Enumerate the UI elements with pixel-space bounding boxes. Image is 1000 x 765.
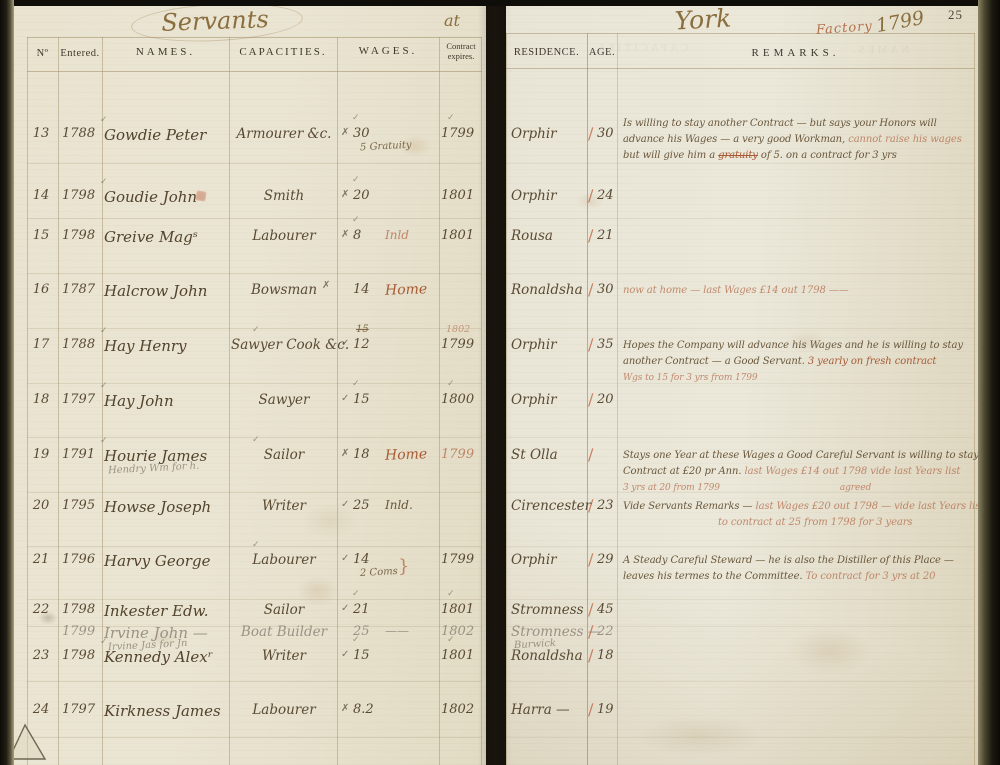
row-age: 20 [597, 392, 614, 407]
row-wages: 8 [353, 228, 361, 243]
remark-segment: 3 yrs at 20 from 1799 [623, 483, 720, 493]
row-residence: Orphir [511, 188, 557, 204]
row-wage-mark: ✓ [341, 338, 349, 349]
row-wage-brace: } [398, 556, 409, 577]
row-wages: 14 [353, 552, 370, 567]
right-page-title: York [647, 2, 758, 37]
row-residence: Rousa [511, 228, 553, 244]
col-header-wages: WAGES. [337, 45, 439, 57]
row-age-slash: ∕ [588, 600, 593, 619]
remark-segment: advance his Wages — a very good Workman, [623, 134, 848, 145]
remark-segment: leaves his termes to the Committee. [623, 571, 806, 582]
row-expires-note: 1802 [446, 324, 470, 335]
row-remarks-line: Contract at £20 pr Ann. last Wages £14 o… [623, 466, 960, 477]
row-residence: Orphir [511, 126, 557, 142]
row-age-slash: ∕ [588, 390, 593, 409]
row-wage-mark: ✓ [341, 499, 349, 510]
remark-segment: now at home — last Wages £14 out 1798 —— [623, 285, 849, 296]
row-wage-mark: ✓ [341, 603, 349, 614]
grid-line [506, 546, 974, 547]
row-age: 23 [597, 498, 614, 513]
grid-line [229, 37, 230, 765]
check-mark: ✓ [352, 589, 360, 599]
check-mark: ✓ [352, 175, 360, 185]
row-capacity: Writer [231, 648, 337, 664]
grid-line [506, 218, 974, 219]
row-no: 20 [28, 498, 54, 513]
row-age-slash: ∕ [588, 496, 593, 515]
check-mark: ✓ [252, 325, 260, 335]
remark-segment: Is willing to stay another Contract — bu… [623, 118, 937, 129]
row-name: Greive Magˢ [104, 228, 198, 246]
grid-line [481, 37, 482, 765]
row-contract-expires: 1799 [441, 126, 474, 141]
book-edge-top [0, 0, 1000, 6]
grid-line [617, 33, 618, 765]
row-contract-expires: 1802 [441, 624, 474, 639]
row-residence: St Olla [511, 447, 558, 463]
remark-segment: gratuity [718, 150, 758, 161]
row-wage-mark: ✗ [341, 127, 349, 138]
row-capacity: Labourer [231, 552, 337, 568]
row-remarks-line: A Steady Careful Steward — he is also th… [623, 555, 954, 566]
row-no: 17 [28, 337, 54, 352]
page-number: 25 [948, 7, 963, 23]
row-remarks-line: to contract at 25 from 1798 for 3 years [623, 517, 912, 528]
grid-line [27, 383, 481, 384]
check-mark: ✓ [352, 113, 360, 123]
row-entered: 1798 [62, 188, 95, 203]
row-wages: 25 [353, 498, 370, 513]
check-mark: ✓ [352, 215, 360, 225]
row-age: 24 [597, 188, 614, 203]
grid-line [506, 33, 507, 765]
row-wages: 15 [353, 648, 370, 663]
row-remarks-line: now at home — last Wages £14 out 1798 —— [623, 285, 849, 296]
row-remarks-line: another Contract — a Good Servant. 3 yea… [623, 356, 936, 367]
row-wage-extra: Inld [385, 228, 409, 242]
row-wage-mark: ✗ [341, 448, 349, 459]
row-entered: 1799 [62, 624, 95, 639]
row-remarks-line: but will give him a gratuity of 5. on a … [623, 150, 897, 161]
check-mark: ✓ [100, 115, 108, 125]
remark-segment: Wgs to 15 for 3 yrs from 1799 [623, 373, 758, 383]
row-age-slash: ∕ [588, 622, 593, 641]
remark-segment: Stays one Year at these Wages a Good Car… [623, 450, 988, 461]
check-mark: ✓ [100, 326, 108, 336]
row-remarks-line: Hopes the Company will advance his Wages… [623, 340, 963, 351]
row-residence: Ronaldsha [511, 282, 583, 298]
row-no: 14 [28, 188, 54, 203]
row-remarks-line: Vide Servants Remarks — last Wages £20 o… [623, 501, 984, 512]
row-capacity: Boat Builder [231, 624, 337, 640]
grid-line [337, 37, 338, 765]
book-edge-left [0, 0, 14, 765]
row-no: 15 [28, 228, 54, 243]
check-mark: ✓ [352, 635, 360, 645]
row-age: 29 [597, 552, 614, 567]
row-contract-expires: 1800 [441, 392, 474, 407]
row-age: 19 [597, 702, 614, 717]
bleedthrough-text: CAPACITIES. [590, 42, 688, 54]
grid-line [27, 71, 482, 72]
row-entered: 1796 [62, 552, 95, 567]
row-residence: Orphir [511, 552, 557, 568]
row-wage-mark: ✓ [341, 393, 349, 404]
row-residence: Cirencester [511, 498, 591, 514]
row-wages: 8.2 [353, 702, 374, 717]
row-wages: 14 [353, 282, 370, 297]
remark-segment: last Wages £14 out 1798 [745, 466, 868, 477]
row-name: Harvy George [104, 552, 210, 570]
grid-line [27, 218, 481, 219]
check-mark: ✓ [252, 435, 260, 445]
row-residence: Orphir [511, 392, 557, 408]
ledger-book: Servants at York Factory 1799 25 Nº Ente… [0, 0, 1000, 765]
row-capacity: Writer [231, 498, 337, 514]
grid-line [974, 33, 975, 765]
row-entered: 1798 [62, 648, 95, 663]
row-wages: 15 [353, 392, 370, 407]
left-page-title: Servants [140, 4, 291, 37]
remark-segment: To contract for 3 yrs at 20 [806, 571, 936, 582]
row-age: 22 [597, 624, 614, 639]
row-entered: 1797 [62, 392, 95, 407]
row-contract-expires: 1799 [441, 337, 474, 352]
row-wages: 20 [353, 188, 370, 203]
row-contract-expires: 1801 [441, 648, 474, 663]
row-age: 18 [597, 648, 614, 663]
row-age-slash: ∕ [588, 335, 593, 354]
remark-segment: Contract at £20 pr Ann. [623, 466, 745, 477]
grid-line [27, 163, 481, 164]
row-age: 30 [597, 126, 614, 141]
col-header-entered: Entered. [58, 48, 102, 59]
grid-line [27, 599, 481, 600]
grid-line [506, 33, 975, 34]
row-entered: 1797 [62, 702, 95, 717]
row-capacity: Sailor [231, 602, 337, 618]
grid-line [439, 37, 440, 765]
row-name: Inkester Edw. [104, 602, 208, 620]
grid-line [102, 37, 103, 765]
row-no: 21 [28, 552, 54, 567]
row-no: 24 [28, 702, 54, 717]
col-header-capacities: CAPACITIES. [229, 46, 337, 58]
row-contract-expires: 1799 [441, 447, 474, 462]
row-capacity: Sailor [231, 447, 337, 463]
remark-segment: Hopes the Company will advance his Wages… [623, 340, 963, 351]
grid-line [506, 681, 974, 682]
row-capacity: Sawyer [231, 392, 337, 408]
check-mark: ✓ [447, 635, 455, 645]
row-entered: 1788 [62, 126, 95, 141]
grid-line [58, 37, 59, 765]
remark-segment: but will give him a [623, 150, 718, 161]
row-age-slash: ∕ [588, 550, 593, 569]
row-capacity: Smith [231, 188, 337, 204]
row-name: Kennedy Alexʳ [104, 648, 213, 666]
row-age-slash: ∕ [588, 646, 593, 665]
remark-segment: Vide Servants Remarks — [623, 501, 756, 512]
remark-segment: of 5. on a contract for 3 yrs [758, 150, 897, 161]
grid-line [506, 328, 974, 329]
remark-segment: 3 yearly on fresh contract [808, 356, 937, 367]
row-contract-expires: 1801 [441, 602, 474, 617]
row-capacity-mark: ✗ [322, 280, 330, 291]
check-mark: ✓ [447, 589, 455, 599]
row-wage-extra: —— [385, 624, 409, 638]
row-wage-mark: ✓ [341, 649, 349, 660]
row-wage-extra: Home [385, 446, 428, 463]
row-no: 19 [28, 447, 54, 462]
row-contract-expires: 1801 [441, 188, 474, 203]
row-entered: 1798 [62, 228, 95, 243]
grid-line [506, 737, 974, 738]
row-remarks-line: Stays one Year at these Wages a Good Car… [623, 450, 988, 461]
title-at: at [444, 11, 460, 30]
check-mark: ✓ [100, 637, 108, 647]
row-capacity: Armourer &c. [231, 126, 337, 142]
grid-line [506, 273, 974, 274]
remark-segment: A Steady Careful Steward — he is also th… [623, 555, 954, 566]
row-no: 16 [28, 282, 54, 297]
book-edge-right [978, 0, 1000, 765]
row-remarks-line: Is willing to stay another Contract — bu… [623, 118, 937, 129]
row-wages: 30 [353, 126, 370, 141]
row-age-slash: ∕ [588, 226, 593, 245]
row-wage-strike: 15 [356, 324, 369, 335]
row-wage-mark: ✓ [341, 553, 349, 564]
row-entered: 1787 [62, 282, 95, 297]
grid-line [27, 681, 481, 682]
row-name: Hay John [104, 392, 174, 410]
row-wage-extra: Inld. [385, 498, 413, 512]
remark-segment: last Wages £20 out 1798 — vide last Year… [756, 501, 985, 512]
row-wage-note: 2 Coms [360, 566, 398, 579]
row-name: Goudie John [104, 188, 197, 206]
check-mark: ✓ [252, 540, 260, 550]
row-wages: 18 [353, 447, 370, 462]
row-no: 13 [28, 126, 54, 141]
row-no: 18 [28, 392, 54, 407]
row-contract-expires: 1801 [441, 228, 474, 243]
row-entered: 1798 [62, 602, 95, 617]
grid-line [27, 273, 481, 274]
row-age-slash: ∕ [588, 186, 593, 205]
row-residence: Ronaldsha [511, 648, 583, 664]
check-mark: ✓ [447, 113, 455, 123]
row-residence: Orphir [511, 337, 557, 353]
red-stamp-mark [195, 190, 206, 201]
col-header-contract-expires: Contract expires. [439, 41, 483, 61]
remark-segment: cannot raise his wages [848, 134, 962, 145]
grid-line [506, 383, 974, 384]
row-age-slash: ∕ [588, 280, 593, 299]
row-capacity: Labourer [231, 228, 337, 244]
grid-line [27, 737, 481, 738]
row-entered: 1788 [62, 337, 95, 352]
row-entered: 1795 [62, 498, 95, 513]
row-wages: 21 [353, 602, 370, 617]
remark-segment: to contract at 25 from 1798 for 3 years [718, 517, 912, 528]
grid-line [506, 599, 974, 600]
grid-line [506, 68, 975, 69]
col-header-names: NAMES. [102, 46, 229, 58]
row-name: Howse Joseph [104, 498, 211, 516]
row-residence: Stromness [511, 602, 584, 618]
check-mark: ✓ [100, 177, 108, 187]
row-age: 35 [597, 337, 614, 352]
row-no: 23 [28, 648, 54, 663]
remark-segment: agreed [840, 483, 871, 493]
row-capacity: Sawyer Cook &c. [231, 337, 337, 353]
row-wage-mark: ✗ [341, 229, 349, 240]
remark-segment: another Contract — a Good Servant. [623, 356, 808, 367]
row-contract-expires: 1799 [441, 552, 474, 567]
check-mark: ✓ [100, 436, 108, 446]
row-residence: Harra — [511, 702, 570, 718]
check-mark: ✓ [100, 381, 108, 391]
row-age-slash: ∕ [588, 445, 593, 464]
grid-line [506, 437, 974, 438]
row-age: 30 [597, 282, 614, 297]
row-capacity: Labourer [231, 702, 337, 718]
row-remarks-line: 3 yrs at 20 from 1799agreed [623, 482, 871, 493]
col-header-residence: RESIDENCE. [506, 47, 587, 58]
row-entered: 1791 [62, 447, 95, 462]
row-remarks-line: Wgs to 15 for 3 yrs from 1799 [623, 372, 758, 383]
row-wage-extra: Home [385, 281, 428, 298]
row-name: Kirkness James [104, 702, 221, 720]
row-wage-mark: ✗ [341, 189, 349, 200]
row-no: 22 [28, 602, 54, 617]
row-age: 21 [597, 228, 614, 243]
bleedthrough-text: NAMES. [850, 44, 909, 56]
row-remarks-line: advance his Wages — a very good Workman,… [623, 134, 962, 145]
remark-segment: vide last Years list [867, 466, 960, 477]
row-contract-expires: 1802 [441, 702, 474, 717]
row-age-slash: ∕ [588, 124, 593, 143]
grid-line [27, 492, 481, 493]
row-remarks-line: leaves his termes to the Committee. To c… [623, 571, 935, 582]
check-mark: ✓ [447, 379, 455, 389]
row-name: Halcrow John [104, 282, 207, 300]
row-name: Gowdie Peter [104, 126, 206, 144]
check-mark: ✓ [352, 379, 360, 389]
row-age-slash: ∕ [588, 700, 593, 719]
grid-line [506, 163, 974, 164]
row-age: 45 [597, 602, 614, 617]
col-header-no: Nº [27, 48, 58, 59]
row-wage-mark: ✗ [341, 703, 349, 714]
row-wages: 12 [353, 337, 370, 352]
row-name: Hay Henry [104, 337, 187, 355]
